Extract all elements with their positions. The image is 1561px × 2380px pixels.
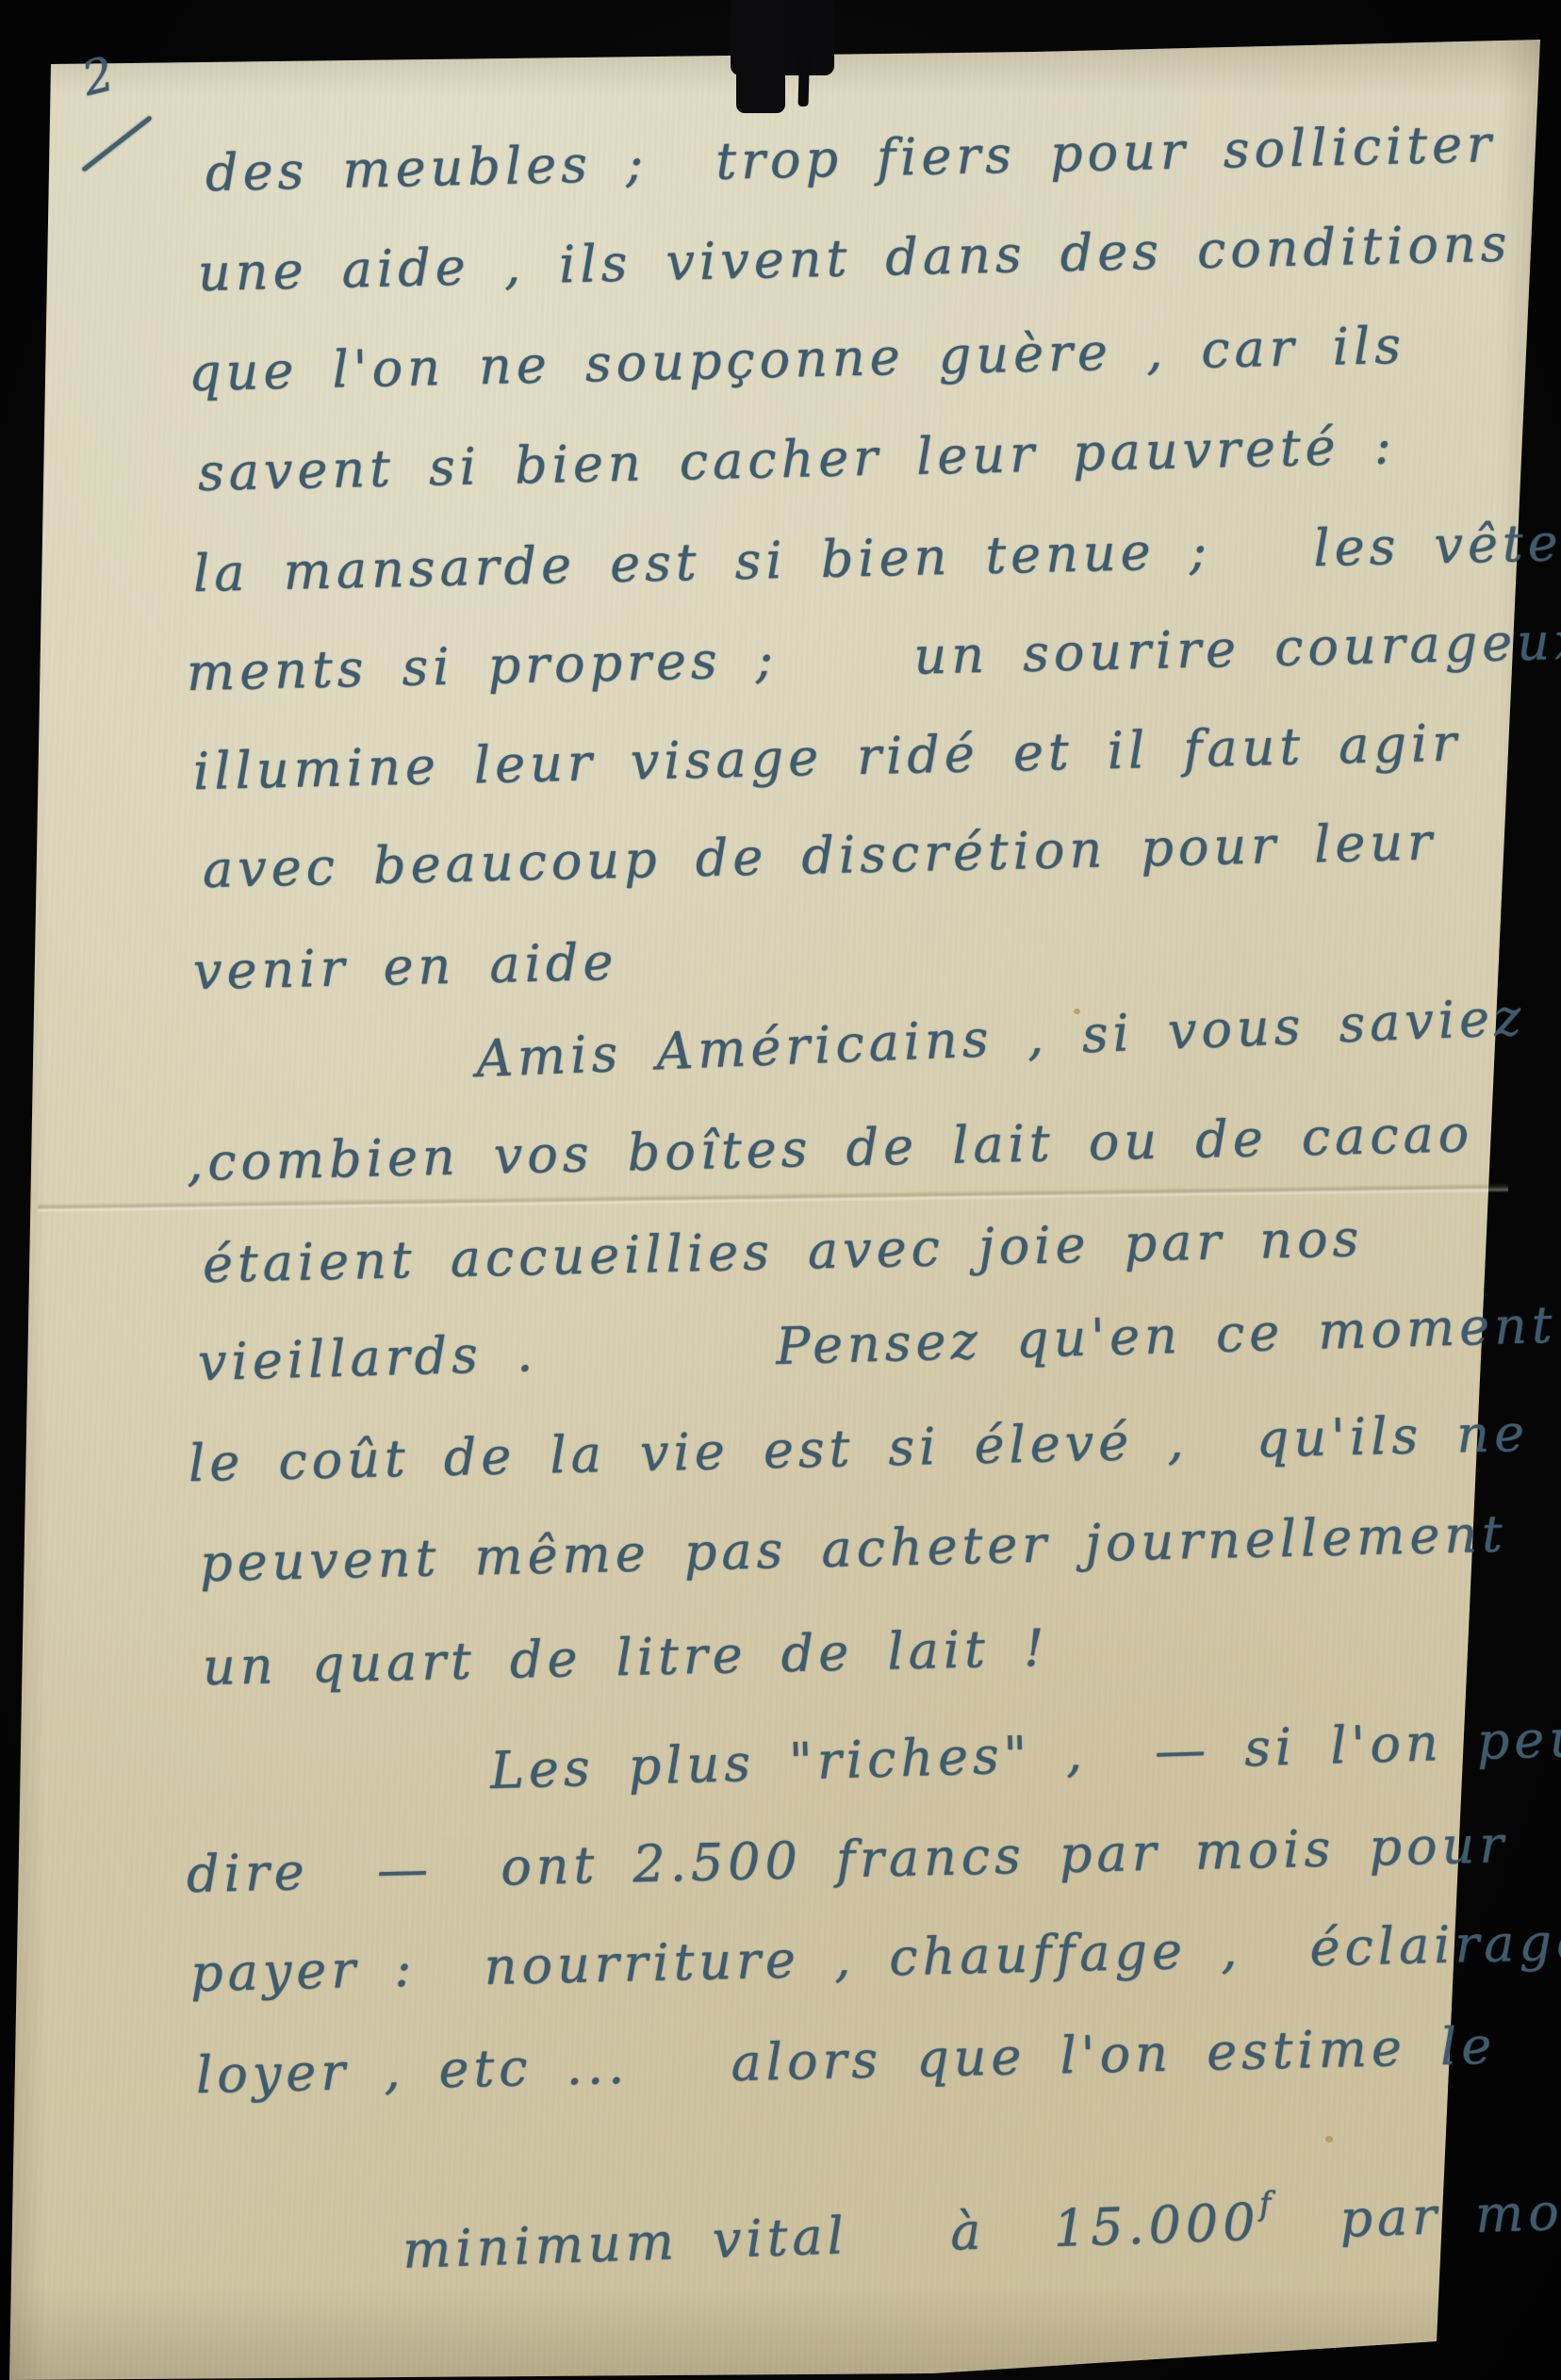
photographed-letter-scene: 2 des meubles ; trop fiers pour sollicit… bbox=[0, 0, 1561, 2380]
last-line-post: par mois , bbox=[1271, 2177, 1561, 2251]
binder-clip-prong bbox=[736, 0, 785, 113]
letter-line: venir en aide bbox=[192, 932, 618, 1002]
last-line-pre: minimum vital à 15.000 bbox=[402, 2192, 1260, 2280]
